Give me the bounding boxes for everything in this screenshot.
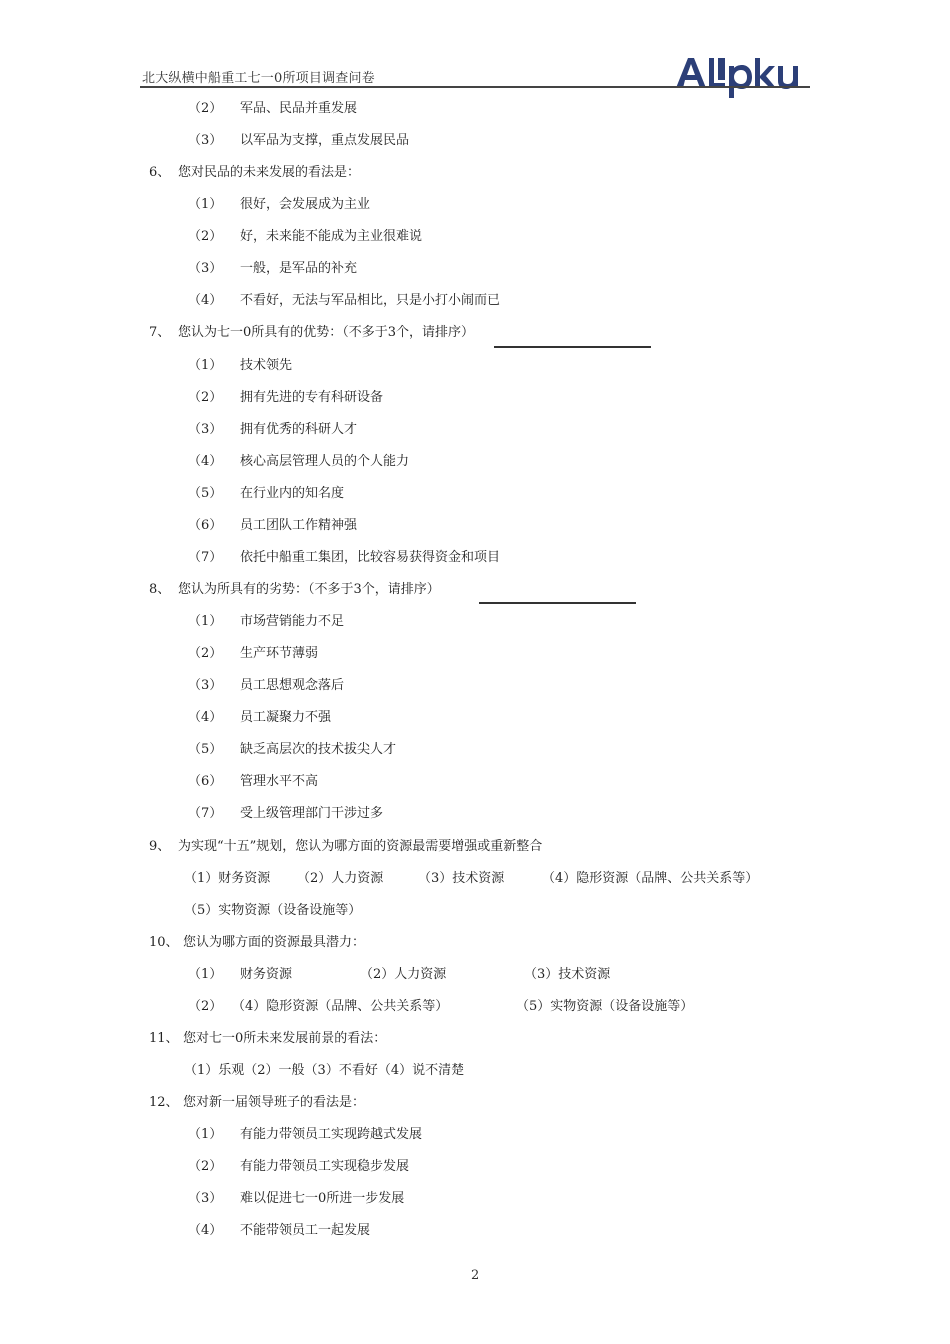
question-text: 您认为七一0所具有的优势：（不多于3个，请排序） xyxy=(178,321,474,340)
question-text: 您对七一0所未来发展前景的看法： xyxy=(183,1027,386,1046)
page-number: 2 xyxy=(471,1268,479,1283)
inline-option: （3）技术资源 xyxy=(418,867,504,886)
option-text: 难以促进七一0所进一步发展 xyxy=(240,1187,404,1206)
option-text: 不能带领员工一起发展 xyxy=(240,1219,370,1238)
option-text: 缺乏高层次的技术拔尖人才 xyxy=(240,738,396,757)
option-number: （2） xyxy=(188,1155,222,1174)
option-text: 受上级管理部门干涉过多 xyxy=(240,802,383,821)
option-number: （4） xyxy=(188,706,222,725)
option-text: 核心高层管理人员的个人能力 xyxy=(240,450,409,469)
inline-option: （5）实物资源（设备设施等） xyxy=(516,995,693,1014)
option-text: 管理水平不高 xyxy=(240,770,318,789)
option-text: 拥有优秀的科研人才 xyxy=(240,418,357,437)
question-text: 为实现“十五”规划，您认为哪方面的资源最需要增强或重新整合 xyxy=(178,835,542,854)
question-text: 您对新一届领导班子的看法是： xyxy=(183,1091,365,1110)
option-text: 依托中船重工集团，比较容易获得资金和项目 xyxy=(240,546,500,565)
inline-option: （1）财务资源 xyxy=(184,867,270,886)
inline-option: （2） xyxy=(188,995,222,1014)
option-text: 以军品为支撑，重点发展民品 xyxy=(240,129,409,148)
inline-option: （4）隐形资源（品牌、公共关系等） xyxy=(232,995,448,1014)
option-number: （3） xyxy=(188,129,222,148)
option-number: （7） xyxy=(188,546,222,565)
alpku-logo-icon xyxy=(674,52,804,98)
option-number: （3） xyxy=(188,1187,222,1206)
option-text: 在行业内的知名度 xyxy=(240,482,344,501)
inline-option: 财务资源 xyxy=(240,963,292,982)
option-number: （6） xyxy=(188,770,222,789)
option-number: （1） xyxy=(188,354,222,373)
option-text: 员工凝聚力不强 xyxy=(240,706,331,725)
question-number: 6、 xyxy=(149,161,170,180)
option-number: （2） xyxy=(188,97,222,116)
inline-option: （2）人力资源 xyxy=(297,867,383,886)
option-text: 不看好，无法与军品相比，只是小打小闹而已 xyxy=(240,289,500,308)
option-number: （1） xyxy=(188,610,222,629)
option-text: 好，未来能不能成为主业很难说 xyxy=(240,225,422,244)
inline-option: （2）人力资源 xyxy=(360,963,446,982)
question-number: 12、 xyxy=(149,1091,179,1110)
answer-blank-line[interactable] xyxy=(479,602,636,604)
inline-option: （1）乐观（2）一般（3）不看好（4）说不清楚 xyxy=(184,1059,464,1078)
option-text: 生产环节薄弱 xyxy=(240,642,318,661)
option-number: （3） xyxy=(188,418,222,437)
question-text: 您对民品的未来发展的看法是： xyxy=(178,161,360,180)
option-number: （4） xyxy=(188,289,222,308)
option-number: （1） xyxy=(188,193,222,212)
option-number: （7） xyxy=(188,802,222,821)
inline-option: （1） xyxy=(188,963,222,982)
option-text: 有能力带领员工实现跨越式发展 xyxy=(240,1123,422,1142)
answer-blank-line[interactable] xyxy=(494,346,651,348)
option-text: 一般，是军品的补充 xyxy=(240,257,357,276)
question-number: 9、 xyxy=(149,835,170,854)
header-divider xyxy=(140,86,810,88)
option-number: （2） xyxy=(188,386,222,405)
option-number: （2） xyxy=(188,225,222,244)
option-number: （1） xyxy=(188,1123,222,1142)
question-number: 7、 xyxy=(149,321,170,340)
option-number: （5） xyxy=(188,482,222,501)
option-number: （3） xyxy=(188,674,222,693)
option-text: 拥有先进的专有科研设备 xyxy=(240,386,383,405)
option-number: （5） xyxy=(188,738,222,757)
option-number: （4） xyxy=(188,1219,222,1238)
option-text: 军品、民品并重发展 xyxy=(240,97,357,116)
option-number: （3） xyxy=(188,257,222,276)
option-text: 很好，会发展成为主业 xyxy=(240,193,370,212)
option-number: （6） xyxy=(188,514,222,533)
option-text: 技术领先 xyxy=(240,354,292,373)
option-number: （2） xyxy=(188,642,222,661)
alpku-logo xyxy=(674,52,804,98)
question-number: 11、 xyxy=(149,1027,179,1046)
question-text: 您认为哪方面的资源最具潜力： xyxy=(183,931,365,950)
question-text: 您认为所具有的劣势：（不多于3个，请排序） xyxy=(178,578,440,597)
question-number: 10、 xyxy=(149,931,179,950)
option-text: 市场营销能力不足 xyxy=(240,610,344,629)
option-text: 有能力带领员工实现稳步发展 xyxy=(240,1155,409,1174)
option-text: 员工思想观念落后 xyxy=(240,674,344,693)
inline-option: （5）实物资源（设备设施等） xyxy=(184,899,361,918)
option-text: 员工团队工作精神强 xyxy=(240,514,357,533)
inline-option: （4）隐形资源（品牌、公共关系等） xyxy=(542,867,758,886)
document-title: 北大纵横中船重工七一0所项目调查问卷 xyxy=(142,67,375,86)
option-number: （4） xyxy=(188,450,222,469)
inline-option: （3）技术资源 xyxy=(524,963,610,982)
question-number: 8、 xyxy=(149,578,170,597)
